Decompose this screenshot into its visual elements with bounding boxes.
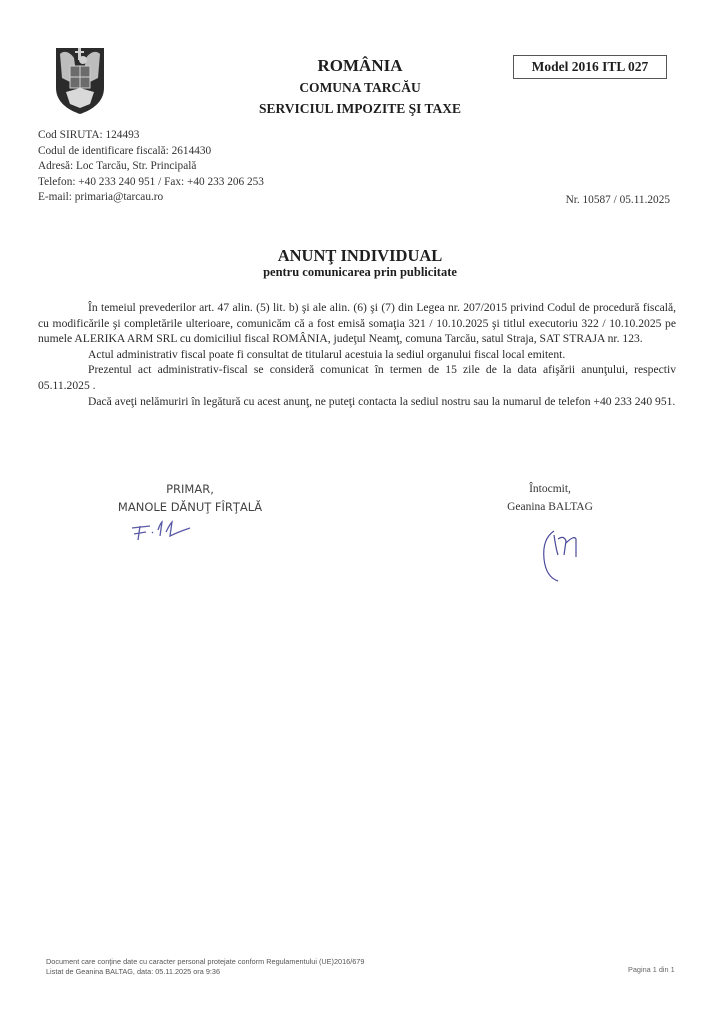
mayor-signature-block: PRIMAR, MANOLE DĂNUŢ FÎRŢALĂ [90, 480, 290, 516]
preparer-name: Geanina BALTAG [460, 498, 640, 516]
paragraph-contact: Dacă aveţi nelămuriri în legătură cu ace… [38, 394, 676, 410]
preparer-role: Întocmit, [460, 480, 640, 498]
mayor-name: MANOLE DĂNUŢ FÎRŢALĂ [90, 498, 290, 516]
commune-heading: COMUNA TARCĂU [230, 80, 490, 96]
preparer-signature-block: Întocmit, Geanina BALTAG [460, 480, 640, 516]
paragraph-communication-term: Prezentul act administrativ-fiscal se co… [38, 362, 676, 393]
service-heading: SERVICIUL IMPOZITE ŞI TAXE [200, 101, 520, 117]
preparer-signature-icon [540, 525, 590, 587]
paragraph-consultation: Actul administrativ fiscal poate fi cons… [38, 347, 676, 363]
coat-of-arms-icon [52, 42, 108, 116]
model-code-box: Model 2016 ITL 027 [513, 55, 667, 79]
institution-info: Cod SIRUTA: 124493 Codul de identificare… [38, 128, 264, 206]
country-heading: ROMÂNIA [260, 56, 460, 76]
announcement-body: În temeiul prevederilor art. 47 alin. (5… [38, 300, 676, 409]
email: E-mail: primaria@tarcau.ro [38, 190, 264, 206]
address: Adresă: Loc Tarcău, Str. Principală [38, 159, 264, 175]
siruta-code: Cod SIRUTA: 124493 [38, 128, 264, 144]
print-info: Listat de Geanina BALTAG, data: 05.11.20… [46, 967, 364, 977]
page-number: Pagina 1 din 1 [628, 965, 675, 974]
paragraph-legal-basis: În temeiul prevederilor art. 47 alin. (5… [38, 300, 676, 347]
phone-fax: Telefon: +40 233 240 951 / Fax: +40 233 … [38, 175, 264, 191]
mayor-role: PRIMAR, [90, 480, 290, 498]
document-title: ANUNŢ INDIVIDUAL [200, 246, 520, 266]
footer-notice: Document care conţine date cu caracter p… [46, 957, 364, 976]
fiscal-id-code: Codul de identificare fiscală: 2614430 [38, 144, 264, 160]
document-subtitle: pentru comunicarea prin publicitate [200, 265, 520, 280]
gdpr-notice: Document care conţine date cu caracter p… [46, 957, 364, 967]
mayor-signature-icon [128, 518, 208, 548]
document-number: Nr. 10587 / 05.11.2025 [566, 194, 670, 206]
